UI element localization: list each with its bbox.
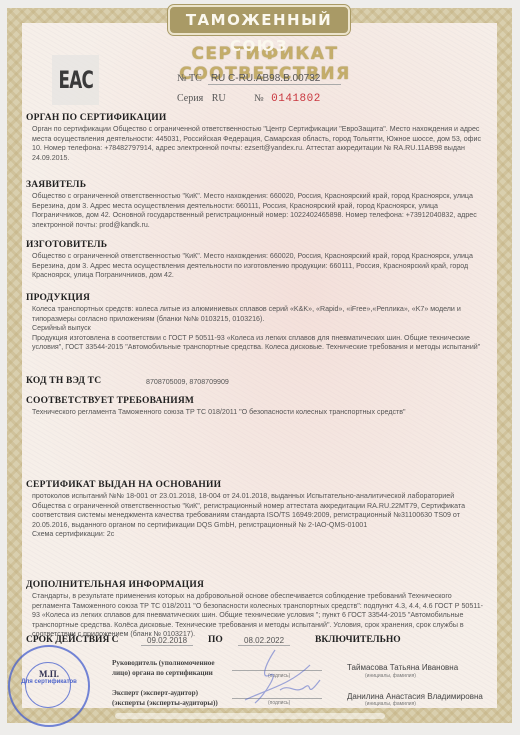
section-issued-basis: СЕРТИФИКАТ ВЫДАН НА ОСНОВАНИИ протоколов… — [26, 480, 486, 540]
section-additional-info: ДОПОЛНИТЕЛЬНАЯ ИНФОРМАЦИЯ Стандарты, в р… — [26, 580, 486, 640]
section-manufacturer: ИЗГОТОВИТЕЛЬ Общество с ограниченной отв… — [26, 240, 486, 281]
hs-code-value: 8708705009, 8708709909 — [146, 378, 229, 386]
certificate-series: Серия RU № 0141802 — [177, 93, 321, 105]
eac-logo: ЕАС — [52, 55, 99, 105]
head-signature-label: Руководитель (уполномоченное лицо) орган… — [112, 659, 215, 678]
expert-name: Данилина Анастасия Владимировна — [347, 692, 483, 701]
section-hs-code: КОД ТН ВЭД ТС 8708705009, 8708709909 — [26, 376, 486, 386]
section-applicant: ЗАЯВИТЕЛЬ Общество с ограниченной ответс… — [26, 180, 486, 230]
official-stamp: М.П. Для сертификатов — [8, 645, 90, 727]
signature-scribble — [235, 645, 335, 710]
section-certification-body: ОРГАН ПО СЕРТИФИКАЦИИ Орган по сертифика… — [26, 113, 486, 163]
serial-number: 0141802 — [271, 93, 321, 105]
expert-signature-label: Эксперт (эксперт-аудитор) (эксперты (экс… — [112, 689, 218, 708]
valid-from-date: 09.02.2018 — [141, 636, 193, 646]
section-conforms: СООТВЕТСТВУЕТ ТРЕБОВАНИЯМ Технического р… — [26, 396, 486, 418]
head-name: Таймасова Татьяна Ивановна — [347, 663, 458, 672]
section-product: ПРОДУКЦИЯ Колеса транспортных средств: к… — [26, 293, 486, 353]
footer-print-info — [115, 713, 385, 719]
customs-union-banner: ТАМОЖЕННЫЙ СОЮЗ — [168, 5, 350, 35]
certificate-number: № ТСRU C-RU.AB98.B.00732 — [177, 73, 341, 85]
